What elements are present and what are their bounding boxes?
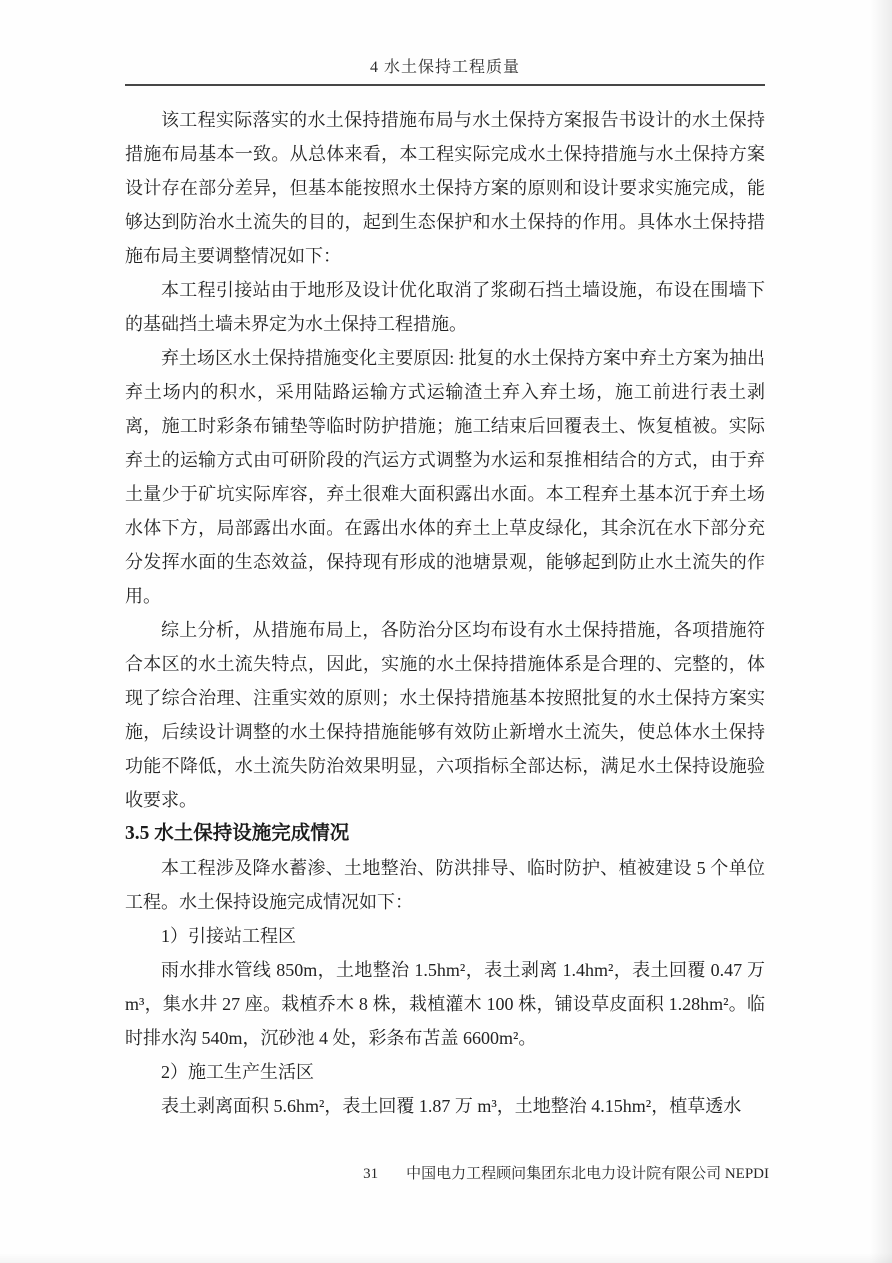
scan-edge-shadow-bottom <box>0 1253 892 1263</box>
body-paragraph: 该工程实际落实的水土保持措施布局与水土保持方案报告书设计的水土保持措施布局基本一… <box>125 103 765 273</box>
page-header: 4 水土保持工程质量 <box>125 0 765 86</box>
page-footer: 31 中国电力工程顾问集团东北电力设计院有限公司 NEPDI <box>125 1162 769 1183</box>
body-paragraph: 表土剥离面积 5.6hm²，表土回覆 1.87 万 m³，土地整治 4.15hm… <box>125 1089 765 1123</box>
body-paragraph: 弃土场区水土保持措施变化主要原因: 批复的水土保持方案中弃土方案为抽出弃土场内的… <box>125 341 765 613</box>
scan-edge-shadow-right <box>870 0 892 1263</box>
body-paragraph: 综上分析，从措施布局上，各防治分区均布设有水土保持措施，各项措施符合本区的水土流… <box>125 613 765 817</box>
list-item-1: 1）引接站工程区 <box>125 919 765 953</box>
page-number: 31 <box>363 1166 378 1183</box>
list-item-2: 2）施工生产生活区 <box>125 1055 765 1089</box>
footer-company: 中国电力工程顾问集团东北电力设计院有限公司 NEPDI <box>406 1162 769 1183</box>
body-paragraph: 本工程引接站由于地形及设计优化取消了浆砌石挡土墙设施，布设在围墙下的基础挡土墙未… <box>125 273 765 341</box>
section-heading: 3.5 水土保持设施完成情况 <box>125 817 765 851</box>
document-body: 该工程实际落实的水土保持措施布局与水土保持方案报告书设计的水土保持措施布局基本一… <box>125 103 765 1123</box>
header-title: 4 水土保持工程质量 <box>125 54 765 86</box>
document-page: 4 水土保持工程质量 该工程实际落实的水土保持措施布局与水土保持方案报告书设计的… <box>0 0 892 1263</box>
body-paragraph: 本工程涉及降水蓄渗、土地整治、防洪排导、临时防护、植被建设 5 个单位工程。水土… <box>125 851 765 919</box>
body-paragraph: 雨水排水管线 850m，土地整治 1.5hm²，表土剥离 1.4hm²，表土回覆… <box>125 953 765 1055</box>
